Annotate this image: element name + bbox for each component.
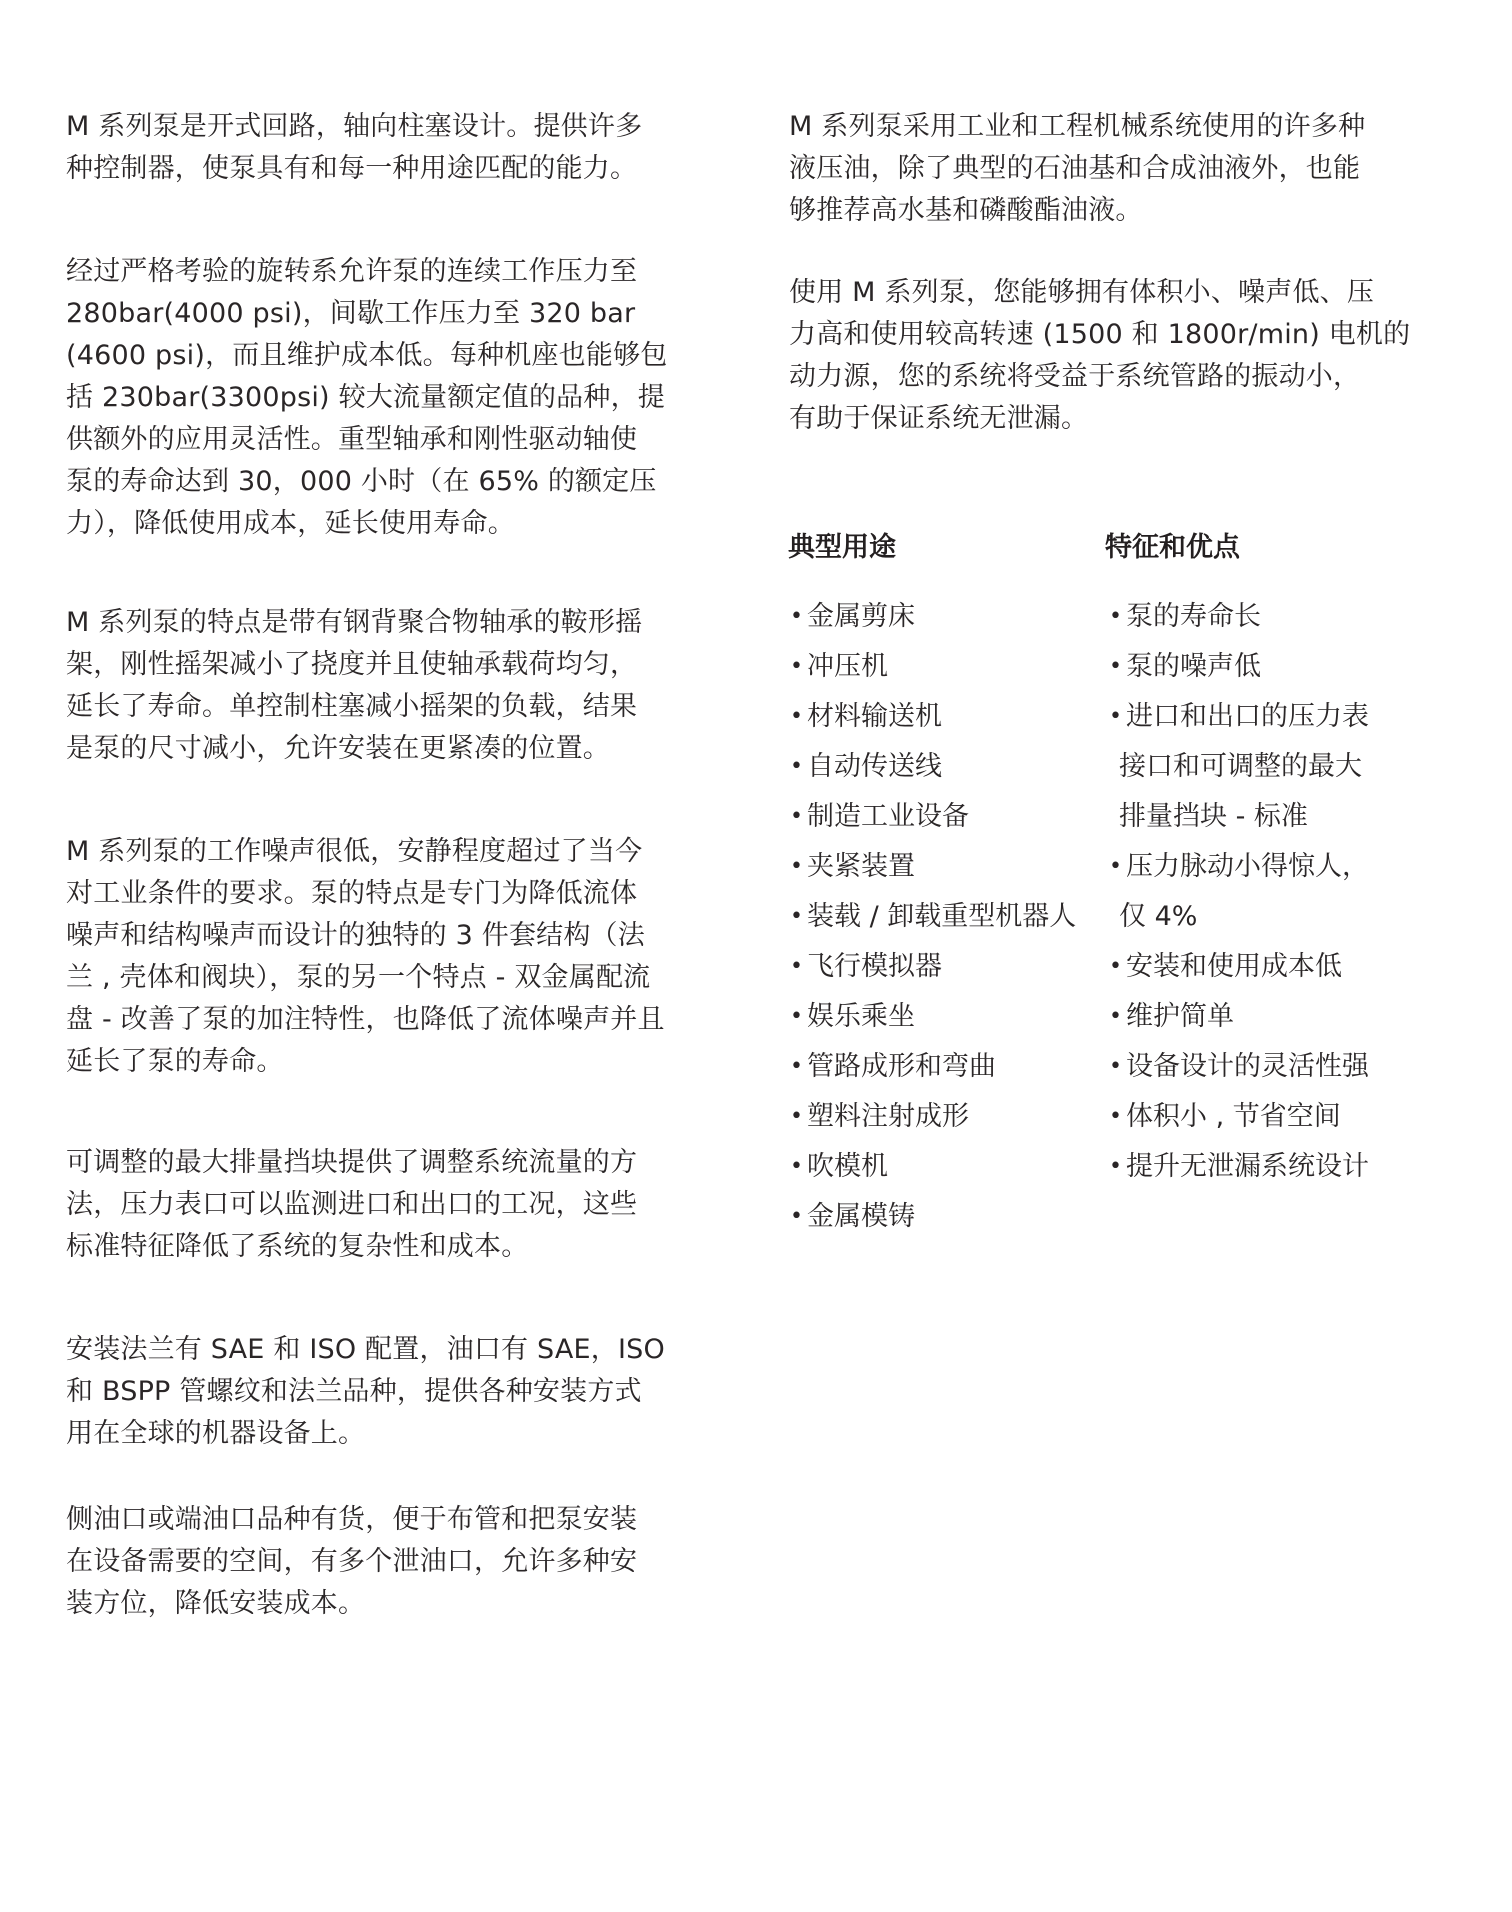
text-line: 侧油口或端油口品种有货，便于布管和把泵安装 [66,1499,637,1541]
bullet-icon: • [790,992,807,1042]
list-item-continuation: 排量挡块 - 标准 [1109,792,1409,842]
list-item-text: 泵的噪声低 [1126,642,1261,692]
text-line: 延长了泵的寿命。 [66,1041,665,1083]
list-item: •设备设计的灵活性强 [1109,1042,1409,1092]
list-item: •制造工业设备 [790,792,1090,842]
list-item-text: 自动传送线 [807,742,942,792]
list-item: •飞行模拟器 [790,942,1090,992]
bullet-icon: • [790,792,807,842]
text-line: 和 BSPP 管螺纹和法兰品种，提供各种安装方式 [66,1371,665,1413]
list-item-text: 管路成形和弯曲 [807,1042,996,1092]
list-item: •塑料注射成形 [790,1092,1090,1142]
list-item-text: 安装和使用成本低 [1126,942,1342,992]
text-line: 用在全球的机器设备上。 [66,1413,665,1455]
list-item: •自动传送线 [790,742,1090,792]
list-item: •压力脉动小得惊人， [1109,842,1409,892]
text-line: 供额外的应用灵活性。重型轴承和刚性驱动轴使 [66,419,667,461]
text-line: 种控制器，使泵具有和每一种用途匹配的能力。 [66,148,642,190]
text-line: 使用 M 系列泵，您能够拥有体积小、噪声低、压 [789,272,1410,314]
text-line: 280bar(4000 psi)，间歇工作压力至 320 bar [66,293,667,335]
list-item-text: 材料输送机 [807,692,942,742]
text-line: 法，压力表口可以监测进口和出口的工况，这些 [66,1184,637,1226]
text-line: 对工业条件的要求。泵的特点是专门为降低流体 [66,873,665,915]
bullet-icon: • [790,842,807,892]
bullet-icon: • [790,1092,807,1142]
text-line: M 系列泵的工作噪声很低，安静程度超过了当今 [66,831,665,873]
features-list: •泵的寿命长 •泵的噪声低 •进口和出口的压力表 接口和可调整的最大 排量挡块 … [1109,592,1409,1192]
text-line: 标准特征降低了系统的复杂性和成本。 [66,1226,637,1268]
list-item: •管路成形和弯曲 [790,1042,1090,1092]
paragraph-hydraulic-fluids: M 系列泵采用工业和工程机械系统使用的许多种 液压油，除了典型的石油基和合成油液… [789,106,1365,232]
list-item-text: 夹紧装置 [807,842,915,892]
paragraph-cradle-bearings: M 系列泵的特点是带有钢背聚合物轴承的鞍形摇 架，刚性摇架减小了挠度并且使轴承载… [66,602,642,770]
list-item: •冲压机 [790,642,1090,692]
list-item: •娱乐乘坐 [790,992,1090,1042]
text-line: 装方位，降低安装成本。 [66,1583,637,1625]
bullet-icon: • [1109,942,1126,992]
features-heading: 特征和优点 [1105,527,1240,569]
bullet-icon: • [1109,592,1126,642]
applications-heading: 典型用途 [788,527,896,569]
text-line: 兰 , 壳体和阀块），泵的另一个特点 - 双金属配流 [66,957,665,999]
bullet-icon: • [790,742,807,792]
bullet-icon: • [790,1142,807,1192]
paragraph-pressure-ratings: 经过严格考验的旋转系允许泵的连续工作压力至 280bar(4000 psi)，间… [66,251,667,545]
list-item: •金属模铸 [790,1192,1090,1242]
list-item-text: 接口和可调整的最大 [1119,742,1362,792]
text-line: 力高和使用较高转速 (1500 和 1800r/min) 电机的 [789,314,1410,356]
text-line: 架，刚性摇架减小了挠度并且使轴承载荷均匀， [66,644,642,686]
bullet-icon: • [790,1192,807,1242]
paragraph-benefits: 使用 M 系列泵，您能够拥有体积小、噪声低、压 力高和使用较高转速 (1500 … [789,272,1410,440]
text-line: M 系列泵是开式回路，轴向柱塞设计。提供许多 [66,106,642,148]
list-item-text: 飞行模拟器 [807,942,942,992]
list-item-text: 仅 4% [1119,892,1197,942]
bullet-icon: • [1109,1092,1126,1142]
list-item-text: 娱乐乘坐 [807,992,915,1042]
bullet-icon: • [790,692,807,742]
applications-list: •金属剪床 •冲压机 •材料输送机 •自动传送线 •制造工业设备 •夹紧装置 •… [790,592,1090,1242]
text-line: 盘 - 改善了泵的加注特性，也降低了流体噪声并且 [66,999,665,1041]
bullet-icon: • [790,892,807,942]
list-item: •进口和出口的压力表 [1109,692,1409,742]
text-line: 力），降低使用成本，延长使用寿命。 [66,503,667,545]
list-item-text: 制造工业设备 [807,792,969,842]
bullet-icon: • [790,1042,807,1092]
text-line: 括 230bar(3300psi) 较大流量额定值的品种，提 [66,377,667,419]
text-line: 经过严格考验的旋转系允许泵的连续工作压力至 [66,251,667,293]
bullet-icon: • [790,642,807,692]
paragraph-mounting-flanges: 安装法兰有 SAE 和 ISO 配置，油口有 SAE，ISO 和 BSPP 管螺… [66,1329,665,1455]
list-item-text: 设备设计的灵活性强 [1126,1042,1369,1092]
bullet-icon: • [1109,842,1126,892]
list-item-text: 冲压机 [807,642,888,692]
paragraph-low-noise: M 系列泵的工作噪声很低，安静程度超过了当今 对工业条件的要求。泵的特点是专门为… [66,831,665,1083]
bullet-icon: • [1109,1042,1126,1092]
list-item: •安装和使用成本低 [1109,942,1409,992]
list-item-continuation: 接口和可调整的最大 [1109,742,1409,792]
text-line: M 系列泵采用工业和工程机械系统使用的许多种 [789,106,1365,148]
bullet-icon: • [1109,1142,1126,1192]
list-item-continuation: 仅 4% [1109,892,1409,942]
text-line: 泵的寿命达到 30，000 小时（在 65% 的额定压 [66,461,667,503]
text-line: 液压油，除了典型的石油基和合成油液外，也能 [789,148,1365,190]
list-item: •夹紧装置 [790,842,1090,892]
list-item: •吹模机 [790,1142,1090,1192]
list-item-text: 吹模机 [807,1142,888,1192]
list-item: •维护简单 [1109,992,1409,1042]
text-line: 动力源，您的系统将受益于系统管路的振动小， [789,356,1410,398]
text-line: 可调整的最大排量挡块提供了调整系统流量的方 [66,1142,637,1184]
text-line: M 系列泵的特点是带有钢背聚合物轴承的鞍形摇 [66,602,642,644]
bullet-icon: • [1109,992,1126,1042]
list-item-text: 装载 / 卸载重型机器人 [807,892,1076,942]
list-item: •金属剪床 [790,592,1090,642]
list-item-text: 维护简单 [1126,992,1234,1042]
list-item-text: 排量挡块 - 标准 [1119,792,1308,842]
list-item-text: 体积小 , 节省空间 [1126,1092,1341,1142]
bullet-icon: • [1109,642,1126,692]
list-item-text: 泵的寿命长 [1126,592,1261,642]
list-item: •装载 / 卸载重型机器人 [790,892,1090,942]
paragraph-port-options: 侧油口或端油口品种有货，便于布管和把泵安装 在设备需要的空间，有多个泄油口，允许… [66,1499,637,1625]
text-line: (4600 psi)，而且维护成本低。每种机座也能够包 [66,335,667,377]
list-item-text: 压力脉动小得惊人， [1126,842,1369,892]
list-item-text: 塑料注射成形 [807,1092,969,1142]
text-line: 有助于保证系统无泄漏。 [789,398,1410,440]
list-item-text: 金属剪床 [807,592,915,642]
list-item: •泵的寿命长 [1109,592,1409,642]
bullet-icon: • [790,592,807,642]
list-item: •材料输送机 [790,692,1090,742]
text-line: 在设备需要的空间，有多个泄油口，允许多种安 [66,1541,637,1583]
list-item-text: 金属模铸 [807,1192,915,1242]
text-line: 安装法兰有 SAE 和 ISO 配置，油口有 SAE，ISO [66,1329,665,1371]
bullet-icon: • [790,942,807,992]
paragraph-displacement-stop: 可调整的最大排量挡块提供了调整系统流量的方 法，压力表口可以监测进口和出口的工况… [66,1142,637,1268]
list-item-text: 进口和出口的压力表 [1126,692,1369,742]
paragraph-open-circuit-design: M 系列泵是开式回路，轴向柱塞设计。提供许多 种控制器，使泵具有和每一种用途匹配… [66,106,642,190]
list-item-text: 提升无泄漏系统设计 [1126,1142,1369,1192]
list-item: •泵的噪声低 [1109,642,1409,692]
bullet-icon: • [1109,692,1126,742]
list-item: •提升无泄漏系统设计 [1109,1142,1409,1192]
text-line: 够推荐高水基和磷酸酯油液。 [789,190,1365,232]
text-line: 延长了寿命。单控制柱塞减小摇架的负载，结果 [66,686,642,728]
text-line: 噪声和结构噪声而设计的独特的 3 件套结构（法 [66,915,665,957]
list-item: •体积小 , 节省空间 [1109,1092,1409,1142]
text-line: 是泵的尺寸减小，允许安装在更紧凑的位置。 [66,728,642,770]
